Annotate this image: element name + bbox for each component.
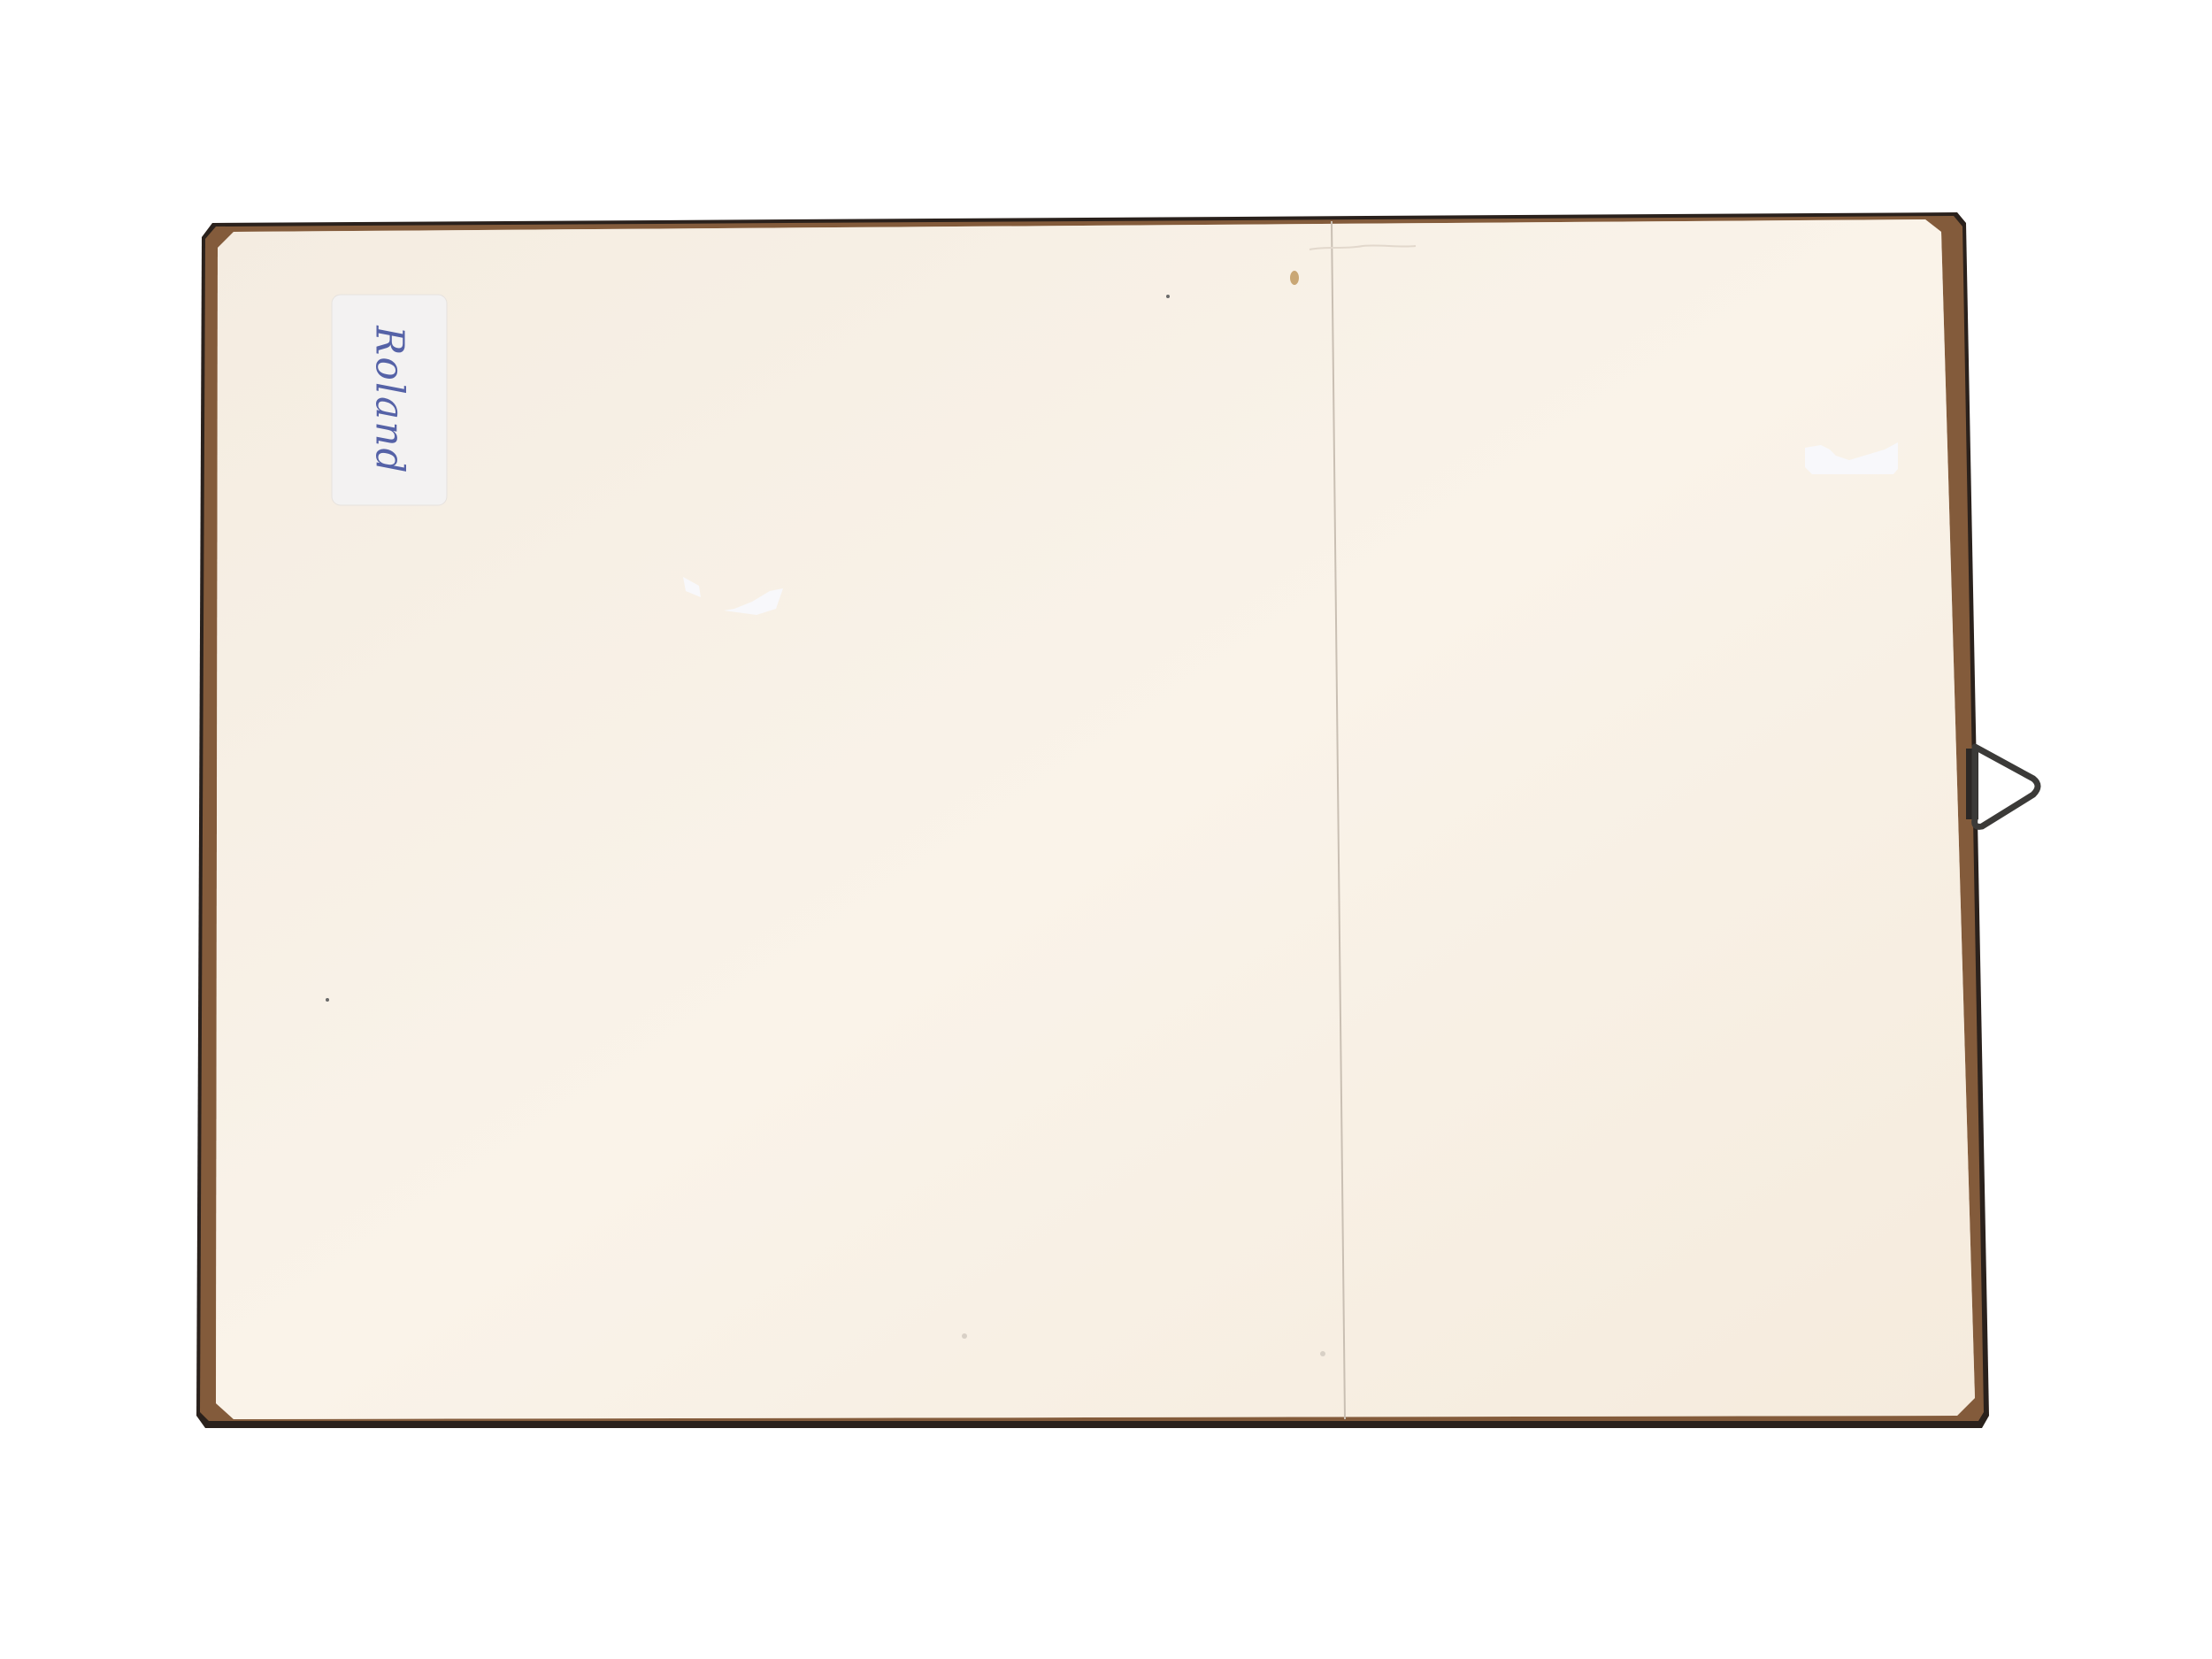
- label-sticker: [332, 295, 447, 505]
- triangular-hanger-icon: [1966, 747, 2038, 826]
- dot-mark: [962, 1333, 967, 1339]
- dot-mark: [1320, 1351, 1325, 1356]
- dot-mark: [1166, 295, 1170, 298]
- dot-mark: [326, 998, 329, 1002]
- paper-shading: [216, 219, 1975, 1419]
- stain-mark: [1290, 271, 1299, 285]
- photo-scene: [0, 0, 2212, 1659]
